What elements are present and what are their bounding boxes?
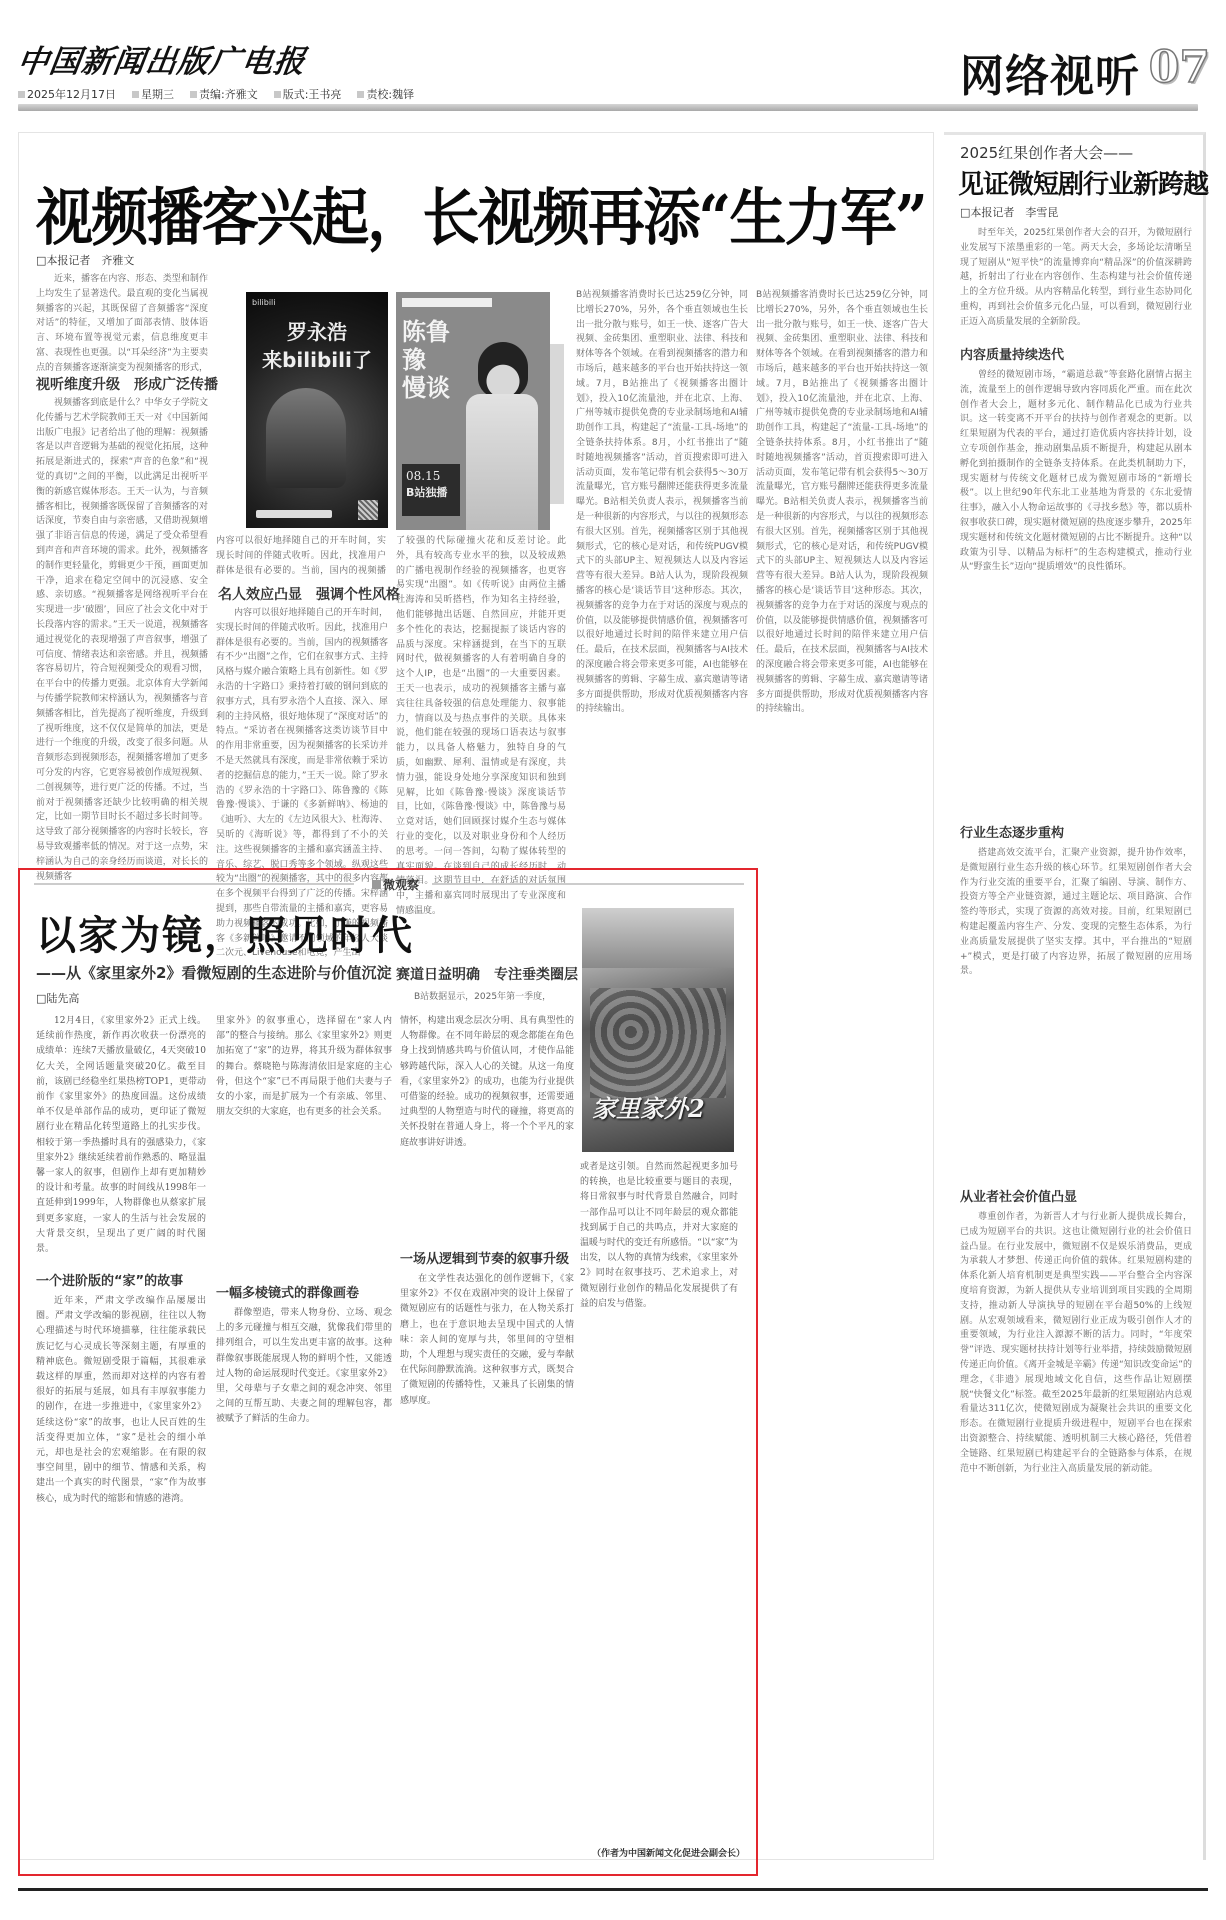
bottom-subhead-2: 一幅多棱镜式的群像画卷 [216, 1282, 359, 1301]
footer-rule [18, 1888, 1208, 1891]
side-subhead-2: 行业生态逐步重构 [960, 822, 1064, 841]
bottom-col-4: 或者是这引领。自然而然起视更多加号的转换，也是比较重要与题目的表现，将日常叙事与… [580, 1160, 738, 1842]
poster-jia-li-jia-wai-2: 家里家外2 [582, 908, 734, 1152]
bottom-article-subtitle: ——从《家里家外2》看微短剧的生态进阶与价值沉淀 [36, 962, 391, 983]
poster-title: 陈鲁豫慢谈 [402, 318, 462, 402]
bottom-col-3b: 在文学性表达强化的创作逻辑下，《家里家外2》不仅在戏剧冲突的设计上保留了微短剧应… [400, 1272, 574, 1870]
poster-shadow [550, 344, 564, 504]
top-subhead-1: 视听维度升级 形成广泛传播 [36, 374, 218, 394]
side-subhead-3: 从业者社会价值凸显 [960, 1186, 1077, 1205]
poster-date-badge: 08.15B站独播 [402, 464, 460, 516]
issue-weekday: 星期三 [132, 86, 174, 102]
side-col-3: 尊重创作者，为新晋人才与行业新人提供成长舞台，已成为短剧平台的共识。这也让微短剧… [960, 1210, 1192, 1850]
top-article-col-4: B站视频播客消费时长已达259亿分钟，同比增长270%，另外，各个垂直领域也生长… [576, 288, 748, 894]
bilibili-logo-icon: bilibili [252, 298, 276, 307]
bullet-square-icon [274, 91, 281, 98]
poster-title-line-1: 罗永浩 [246, 316, 388, 345]
issue-editor: 责编:齐雅文 [190, 86, 258, 102]
newspaper-logo: 中国新闻出版广电报 [15, 36, 309, 81]
issue-proofreader: 责校:魏铎 [357, 86, 414, 102]
bottom-col-1: 12月4日，《家里家外2》正式上线。延续前作热度，新作再次收获一份漂亮的成绩单：… [36, 1014, 206, 1264]
poster-bar [256, 510, 332, 518]
poster-title-line-2: 来bilibili了 [246, 344, 388, 373]
poster-chen-luyu: 陈鲁豫慢谈 08.15B站独播 [396, 292, 550, 530]
side-intro: 时至年关，2025红果创作者大会的召开，为微短剧行业发展写下浓墨重彩的一笔。两天… [960, 226, 1192, 336]
person-figure-icon [466, 342, 538, 530]
top-subhead-2: 名人效应凸显 强调个性风格 [218, 584, 400, 604]
issue-meta: 2025年12月17日 星期三 责编:齐雅文 版式:王书亮 责校:魏铎 [18, 86, 414, 102]
side-kicker: 2025红果创作者大会—— [960, 142, 1133, 163]
side-byline: □本报记者 李雪昆 [960, 204, 1058, 220]
poster-luo-yonghao: bilibili 罗永浩 来bilibili了 [246, 292, 388, 528]
group-figures-icon [590, 988, 726, 1098]
top-article-headline: 视频播客兴起，长视频再添“生力军” [36, 168, 926, 257]
bottom-subhead-1: 一个进阶版的“家”的故事 [36, 1270, 183, 1289]
bottom-col-1b: 近年来，严肃文学改编作品屡屡出圈。严肃文学改编的影视剧，往往以人物心理描述与时代… [36, 1294, 206, 1870]
bullet-square-icon [132, 91, 139, 98]
top-article-col-2a: 内容可以很好地择随自己的开车时间，实现长时间的伴随式收听。因此，找准用户群体是很… [216, 534, 386, 578]
poster-title: 家里家外2 [592, 1089, 705, 1124]
bottom-col-2b: 群像塑造，带来人物身份、立场、观念上的多元碰撞与相互交融，犹像我们带里的排列组合… [216, 1306, 392, 1870]
page-number: 07 [1149, 42, 1210, 93]
masthead-rule [18, 104, 1198, 111]
bullet-square-icon [190, 91, 197, 98]
column-label: 微观察 [372, 876, 419, 893]
section-title: 网络视听 [960, 40, 1140, 104]
top-article-intro: 近来，播客在内容、形态、类型和制作上均发生了显著迭代。最直观的变化当属视频播客的… [36, 272, 208, 376]
poster-tag [402, 298, 492, 307]
side-col-1: 曾经的微短剧市场，“霸道总裁”等套路化剧情占据主流，流量至上的创作逻辑导致内容同… [960, 368, 1192, 812]
bottom-article-headline: 以家为镜，照见时代 [36, 904, 414, 961]
qr-code-icon [358, 500, 378, 520]
bullet-square-icon [357, 91, 364, 98]
top-article-byline: □本报记者 齐雅文 [36, 252, 134, 268]
side-col-2: 搭建高效交流平台，汇聚产业资源，提升协作效率，是微短剧行业生态升级的核心环节。红… [960, 846, 1192, 1176]
top-article-col-5: B站视频播客消费时长已达259亿分钟，同比增长270%，另外，各个垂直领域也生长… [756, 288, 928, 894]
bullet-square-icon [372, 880, 381, 889]
side-headline: 见证微短剧行业新跨越 [958, 164, 1208, 201]
bottom-article-byline: □陆先高 [36, 990, 79, 1006]
author-note: （作者为中国新闻文化促进会副会长） [592, 1846, 745, 1859]
bottom-col-3: 情怀，构建出观念层次分明、具有典型性的人物群像。在不同年龄层的观念都能在角色身上… [400, 1014, 574, 1252]
bottom-col-2: 里家外》的叙事重心，选择留在“家人内部”的整合与接纳。那么《家里家外2》则更加拓… [216, 1014, 392, 1270]
side-subhead-1: 内容质量持续迭代 [960, 344, 1064, 363]
person-figure-icon [266, 388, 346, 488]
bullet-square-icon [18, 91, 25, 98]
issue-date: 2025年12月17日 [18, 86, 116, 102]
bottom-subhead-3: 一场从逻辑到节奏的叙事升级 [400, 1248, 569, 1267]
issue-layout: 版式:王书亮 [274, 86, 342, 102]
column-label-row: 微观察 [34, 876, 744, 890]
